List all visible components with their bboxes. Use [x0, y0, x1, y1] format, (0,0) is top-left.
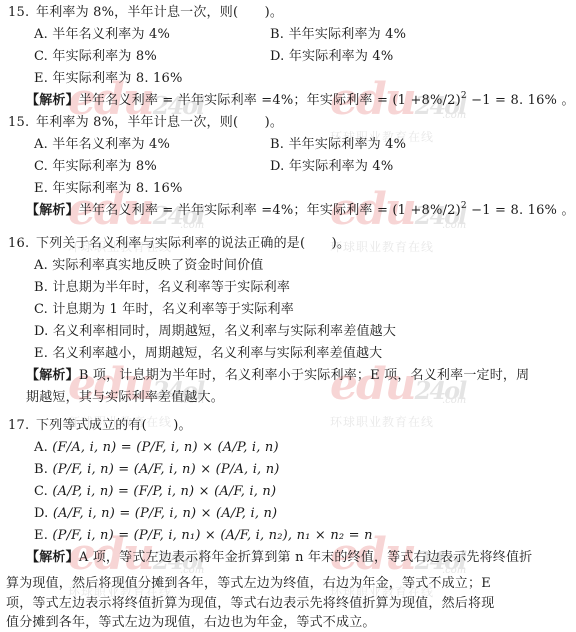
option-e: E. 名义利率越小，周期越短，名义利率与实际利率差值越大 [34, 346, 382, 362]
analysis: 【解析】半年名义利率 = 半年实际利率 =4%；年实际利率 = (1 +8%/2… [26, 93, 575, 109]
option-d: D. 名义利率相同时，周期越短，名义利率与实际利率差值越大 [34, 324, 396, 340]
option-b: B. 计息期为半年时，名义利率等于实际利率 [34, 280, 290, 296]
watermark: edu24ol .com 环球职业教育在线 [330, 80, 465, 145]
analysis: 【解析】半年名义利率 = 半年实际利率 =4%；年实际利率 = (1 +8%/2… [26, 203, 575, 219]
option-c: C. 年实际利率为 8% [34, 159, 157, 175]
analysis-line-3: 项，等式左边表示将终值折算为现值，等式右边表示先将终值折算为现值，然后将现 [6, 596, 494, 612]
analysis-line-1: 【解析】A 项，等式左边表示将年金折算到第 n 年末的终值，等式右边表示先将终值… [26, 550, 532, 566]
option-b: B. (P/F, i, n) = (A/F, i, n) × (P/A, i, … [34, 462, 280, 478]
option-d: D. (A/F, i, n) = (P/F, i, n) × (A/P, i, … [34, 506, 277, 522]
analysis-line-2: 期越短，其与实际利率差值越大。 [26, 390, 224, 406]
option-d: D. 年实际利率为 4% [270, 159, 393, 175]
option-e: E. 年实际利率为 8. 16% [34, 181, 183, 197]
option-a: A. 实际利率真实地反映了资金时间价值 [34, 258, 263, 274]
option-d: D. 年实际利率为 4% [270, 49, 393, 65]
option-a: A. (F/A, i, n) = (P/F, i, n) × (A/P, i, … [34, 440, 279, 456]
analysis-line-2: 算为现值，然后将现值分摊到各年，等式左边为终值，右边为年金，等式不成立；E [6, 576, 491, 592]
option-b: B. 半年实际利率为 4% [270, 27, 406, 43]
question-stem: 16.下列关于名义利率与实际利率的说法正确的是( )。 [8, 236, 350, 252]
option-c: C. 年实际利率为 8% [34, 49, 157, 65]
option-e: E. 年实际利率为 8. 16% [34, 71, 183, 87]
option-a: A. 半年名义利率为 4% [34, 137, 170, 153]
option-c: C. 计息期为 1 年时，名义利率等于实际利率 [34, 302, 294, 318]
question-stem: 17.下列等式成立的有( )。 [8, 418, 192, 434]
question-stem: 15.年利率为 8%，半年计息一次，则( )。 [8, 115, 283, 131]
option-c: C. (A/P, i, n) = (F/P, i, n) × (A/F, i, … [34, 484, 276, 500]
option-e: E. (P/F, i, n) = (P/F, i, n₁) × (A/F, i,… [34, 528, 373, 544]
option-b: B. 半年实际利率为 4% [270, 137, 406, 153]
watermark: edu24ol .com 环球职业教育在线 [330, 190, 465, 255]
question-stem: 15.年利率为 8%，半年计息一次，则( )。 [8, 5, 283, 21]
option-a: A. 半年名义利率为 4% [34, 27, 170, 43]
analysis-line-1: 【解析】B 项，计息期为半年时，名义利率小于实际利率；E 项，名义利率一定时，周 [26, 368, 529, 384]
analysis-line-4: 值分摊到各年，等式左边为现值，右边也为年金，等式不成立。 [6, 615, 376, 631]
